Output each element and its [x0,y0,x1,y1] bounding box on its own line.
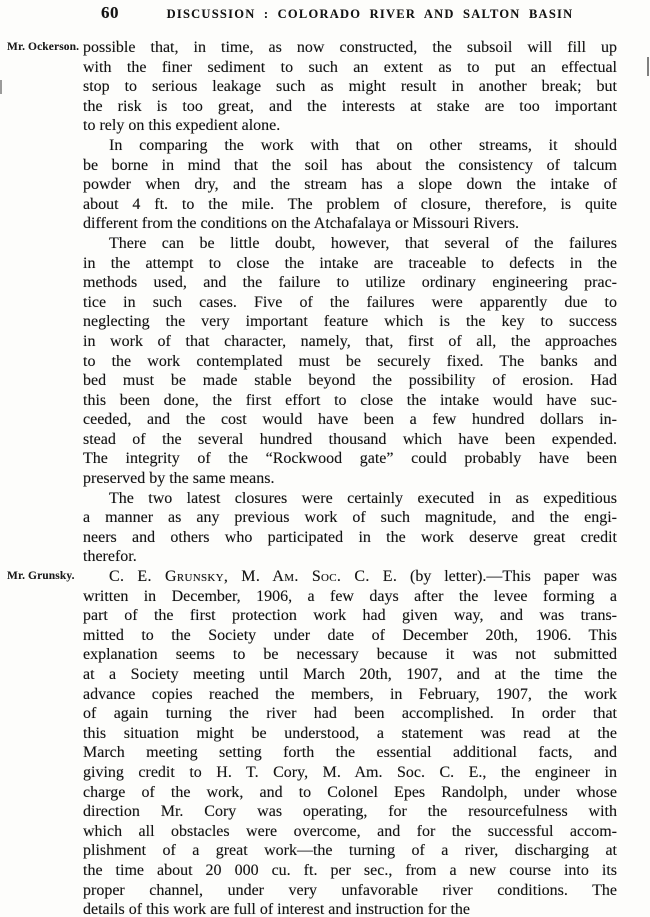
text-line: tice in such cases. Five of the failures… [83,293,617,313]
page-number: 60 [101,3,119,23]
text-line: a manner as any previous work of such ma… [83,508,617,528]
text-line: with the finer sediment to such an exten… [83,58,617,78]
paragraph: There can be little doubt, however, that… [83,234,617,489]
text-line: part of the first protection work had gi… [83,606,617,626]
text-line: explanation seems to be necessary becaus… [83,645,617,665]
text-line: ceeded, and the cost would have been a f… [83,410,617,430]
text-line: to rely on this expedient alone. [83,116,617,136]
text-line: neers and others who participated in the… [83,528,617,548]
text-line: preserved by the same means. [83,469,617,489]
text-line: about 4 ft. to the mile. The problem of … [83,195,617,215]
text-line: The two latest closures were certainly e… [83,489,617,509]
text-line: stop to serious leakage such as might re… [83,77,617,97]
text-line: mitted to the Society under date of Dece… [83,626,617,646]
scan-artifact [647,57,649,76]
text-line: March meeting setting forth the essentia… [83,743,617,763]
paragraph: The two latest closures were certainly e… [83,489,617,567]
text-line: at a Society meeting until March 20th, 1… [83,665,617,685]
text-line: neglecting the very important feature wh… [83,312,617,332]
text-line: In comparing the work with that on other… [83,136,617,156]
author-smallcaps: C. E. Grunsky, M. Am. Soc. C. E. [109,568,397,585]
text-line: possible that, in time, as now construct… [83,38,617,58]
text-line: different from the conditions on the Atc… [83,214,617,234]
text-line: powder when dry, and the stream has a sl… [83,175,617,195]
text-line: C. E. Grunsky, M. Am. Soc. C. E. (by let… [83,567,617,587]
paragraph: Mr. Ockerson.possible that, in time, as … [83,38,617,136]
text-line: giving credit to H. T. Cory, M. Am. Soc.… [83,763,617,783]
text-line: advance copies reached the members, in F… [83,685,617,705]
paragraph: In comparing the work with that on other… [83,136,617,234]
text-line: charge of the work, and to Colonel Epes … [83,783,617,803]
text-line: the risk is too great, and the interests… [83,97,617,117]
text-line: proper channel, under very unfavorable r… [83,881,617,901]
paragraph: Mr. Grunsky.C. E. Grunsky, M. Am. Soc. C… [83,567,617,917]
text-line: this been done, the first effort to clos… [83,391,617,411]
text-line: methods used, and the failure to utilize… [83,273,617,293]
margin-note-ockerson: Mr. Ockerson. [7,41,85,54]
text-line: therefor. [83,547,617,567]
running-title: DISCUSSION : COLORADO RIVER AND SALTON B… [150,7,590,22]
text-line: bed must be made stable beyond the possi… [83,371,617,391]
text-block: Mr. Ockerson.possible that, in time, as … [83,38,617,917]
text-line: There can be little doubt, however, that… [83,234,617,254]
book-page: 60 DISCUSSION : COLORADO RIVER AND SALTO… [0,0,650,917]
text-line: in the attempt to close the intake are t… [83,254,617,274]
text-line: this situation might be understood, a st… [83,724,617,744]
text-line: the time about 20 000 cu. ft. per sec., … [83,861,617,881]
text-line: details of this work are full of interes… [83,900,617,917]
line-text: (by letter).—This paper was [397,568,617,585]
text-line: which all obstacles were overcome, and f… [83,822,617,842]
text-line: of again turning the river had been acco… [83,704,617,724]
text-line: be borne in mind that the soil has about… [83,156,617,176]
text-line: The integrity of the “Rockwood gate” cou… [83,449,617,469]
text-line: written in December, 1906, a few days af… [83,587,617,607]
text-line: in work of that character, namely, that,… [83,332,617,352]
text-line: direction Mr. Cory was operating, for th… [83,802,617,822]
text-line: to the work contemplated must be securel… [83,352,617,372]
text-line: stead of the several hundred thousand wh… [83,430,617,450]
scan-artifact [0,80,2,94]
margin-note-grunsky: Mr. Grunsky. [7,570,85,583]
text-line: plishment of a great work—the turning of… [83,841,617,861]
